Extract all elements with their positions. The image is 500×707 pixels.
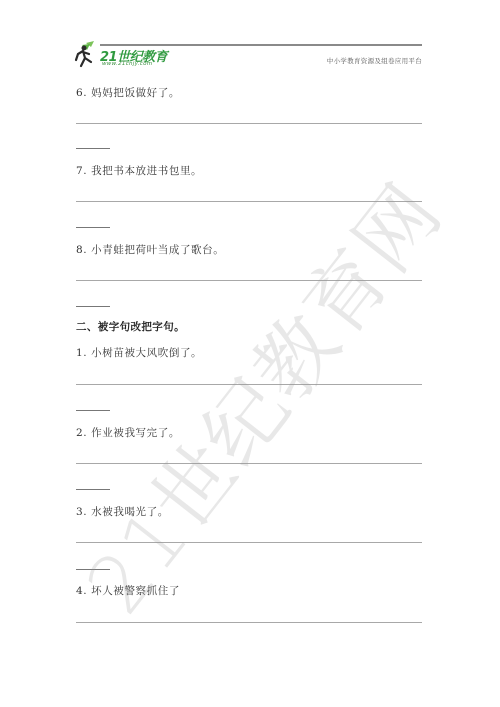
platform-tagline: 中小学教育资源及组卷应用平台: [327, 56, 422, 65]
question-8: 8. 小青蛙把荷叶当成了歌台。: [76, 242, 224, 257]
answer-line: [76, 384, 422, 385]
question-6: 6. 妈妈把饭做好了。: [76, 85, 180, 100]
answer-line-short: [76, 148, 110, 149]
answer-line-short: [76, 489, 110, 490]
question-1: 1. 小树苗被大风吹倒了。: [76, 345, 202, 360]
logo: 21世纪教育 www.21cnjy.com: [72, 40, 182, 70]
answer-line-short: [76, 569, 110, 570]
answer-line: [76, 622, 422, 623]
answer-line: [76, 542, 422, 543]
watermark: 21世纪教育网: [0, 0, 500, 707]
answer-line: [76, 201, 422, 202]
answer-line: [76, 280, 422, 281]
question-7: 7. 我把书本放进书包里。: [76, 163, 202, 178]
answer-line-short: [76, 227, 110, 228]
logo-url: www.21cnjy.com: [102, 61, 152, 67]
runner-logo-icon: [72, 40, 98, 70]
answer-line: [76, 123, 422, 124]
section-heading: 二、被字句改把字句。: [76, 319, 185, 334]
answer-line-short: [76, 306, 110, 307]
question-2: 2. 作业被我写完了。: [76, 425, 180, 440]
answer-line-short: [76, 410, 110, 411]
worksheet-page: 21世纪教育 www.21cnjy.com 中小学教育资源及组卷应用平台 6. …: [0, 0, 500, 707]
question-3: 3. 水被我喝光了。: [76, 504, 169, 519]
watermark-text: 21世纪教育网: [55, 156, 463, 633]
question-4: 4. 坏人被警察抓住了: [76, 583, 180, 598]
answer-line: [76, 463, 422, 464]
